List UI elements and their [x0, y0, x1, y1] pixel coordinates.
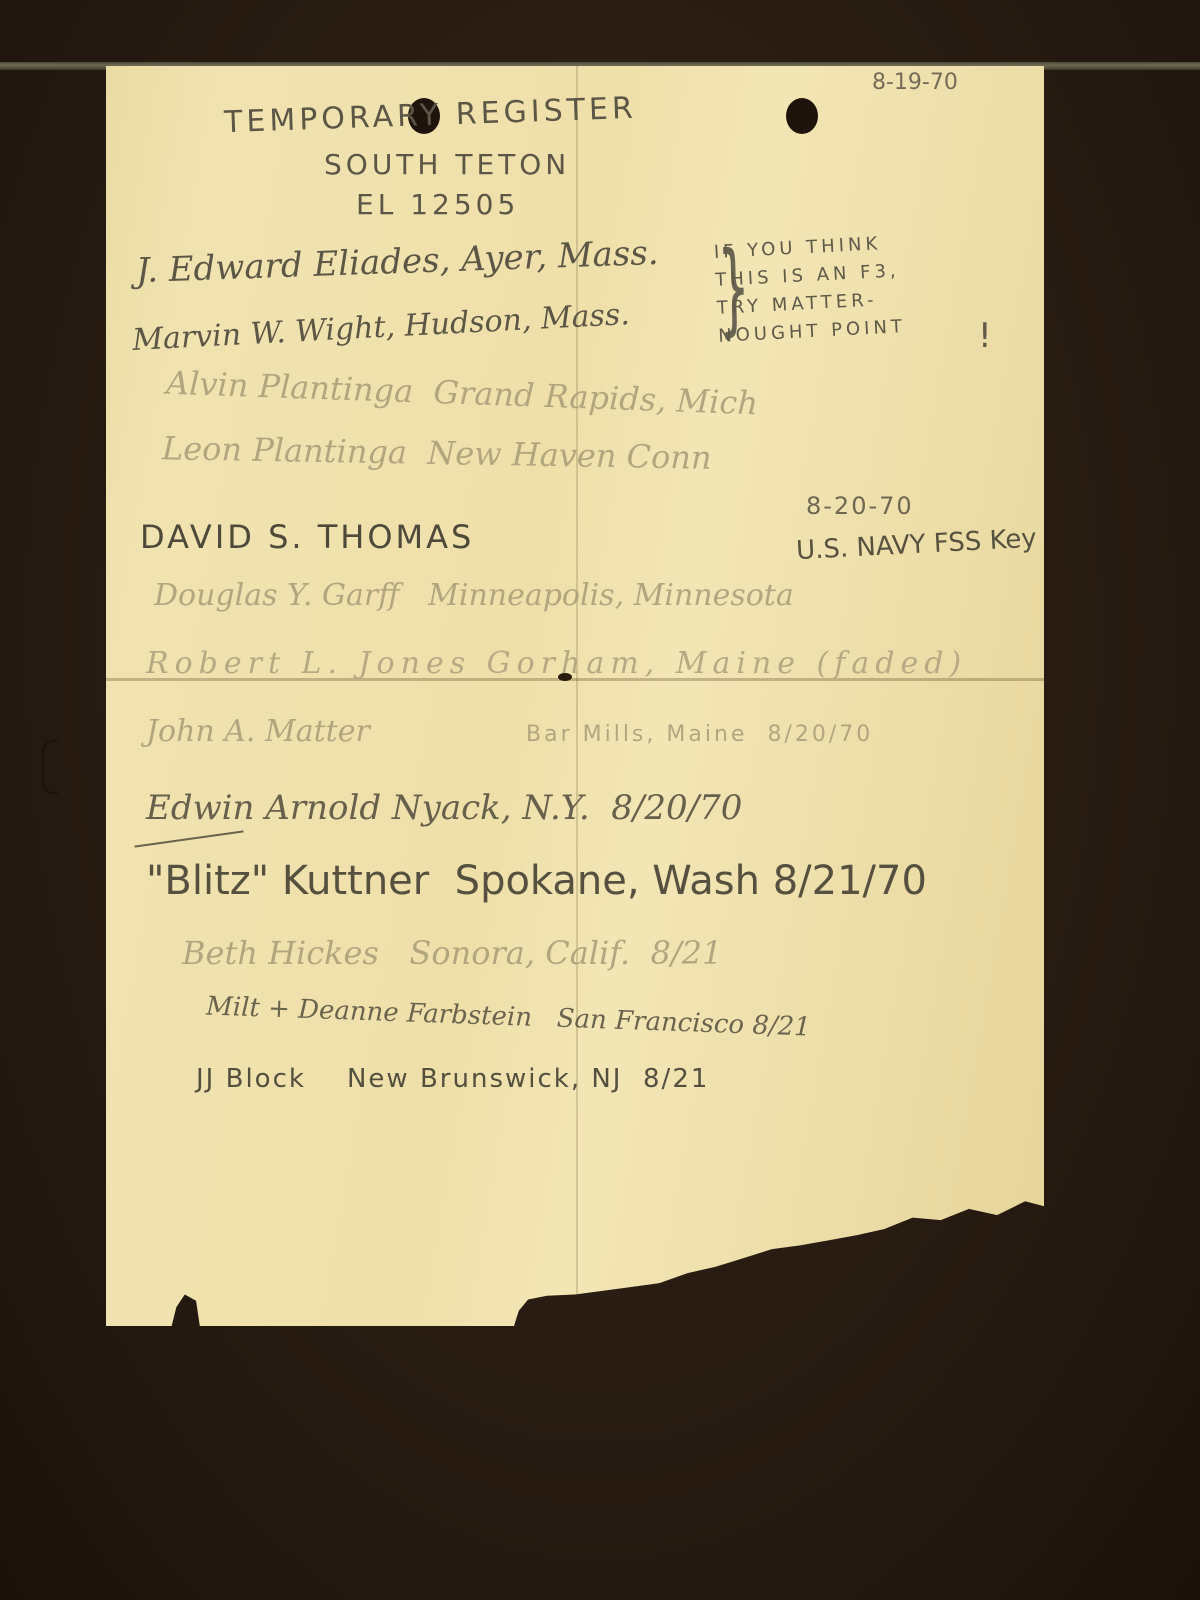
entry-3: Alvin Plantinga Grand Rapids, Mich: [166, 364, 759, 423]
entry-11: Beth Hickes Sonora, Calif. 8/21: [182, 934, 722, 972]
aside-note: IF YOU THINK THIS IS AN F3, TRY MATTER- …: [713, 229, 906, 351]
entry-8-place-date: Bar Mills, Maine 8/20/70: [526, 722, 873, 747]
register-sheet: 8-19-70 TEMPORARY REGISTER SOUTH TETON E…: [106, 66, 1044, 1326]
entry-10: "Blitz" Kuttner Spokane, Wash 8/21/70: [146, 858, 927, 904]
entry-9: Edwin Arnold Nyack, N.Y. 8/20/70: [146, 788, 742, 828]
entry-8-name: John A. Matter: [146, 714, 370, 749]
signature-underline: [134, 830, 243, 847]
entry-5-place: U.S. NAVY FSS Key West: [795, 520, 1109, 566]
entry-1: J. Edward Eliades, Ayer, Mass.: [135, 233, 659, 291]
entry-6: Douglas Y. Garff Minneapolis, Minnesota: [154, 578, 794, 613]
header-date: 8-19-70: [872, 70, 958, 95]
paper-curl-shadow: [42, 740, 58, 794]
entry-5-name: DAVID S. THOMAS: [140, 518, 474, 556]
peak-name: SOUTH TETON: [324, 148, 570, 181]
entry-13: JJ Block New Brunswick, NJ 8/21: [196, 1064, 709, 1094]
elevation: EL 12505: [356, 188, 519, 221]
entry-5-date: 8-20-70: [806, 492, 914, 520]
aside-exclamation: !: [978, 316, 992, 356]
punch-hole-icon: [786, 98, 818, 134]
entry-7: Robert L. Jones Gorham, Maine (faded): [146, 646, 967, 681]
entry-4: Leon Plantinga New Haven Conn: [162, 429, 712, 477]
entry-2: Marvin W. Wight, Hudson, Mass.: [131, 297, 630, 358]
entry-12: Milt + Deanne Farbstein San Francisco 8/…: [206, 991, 812, 1042]
